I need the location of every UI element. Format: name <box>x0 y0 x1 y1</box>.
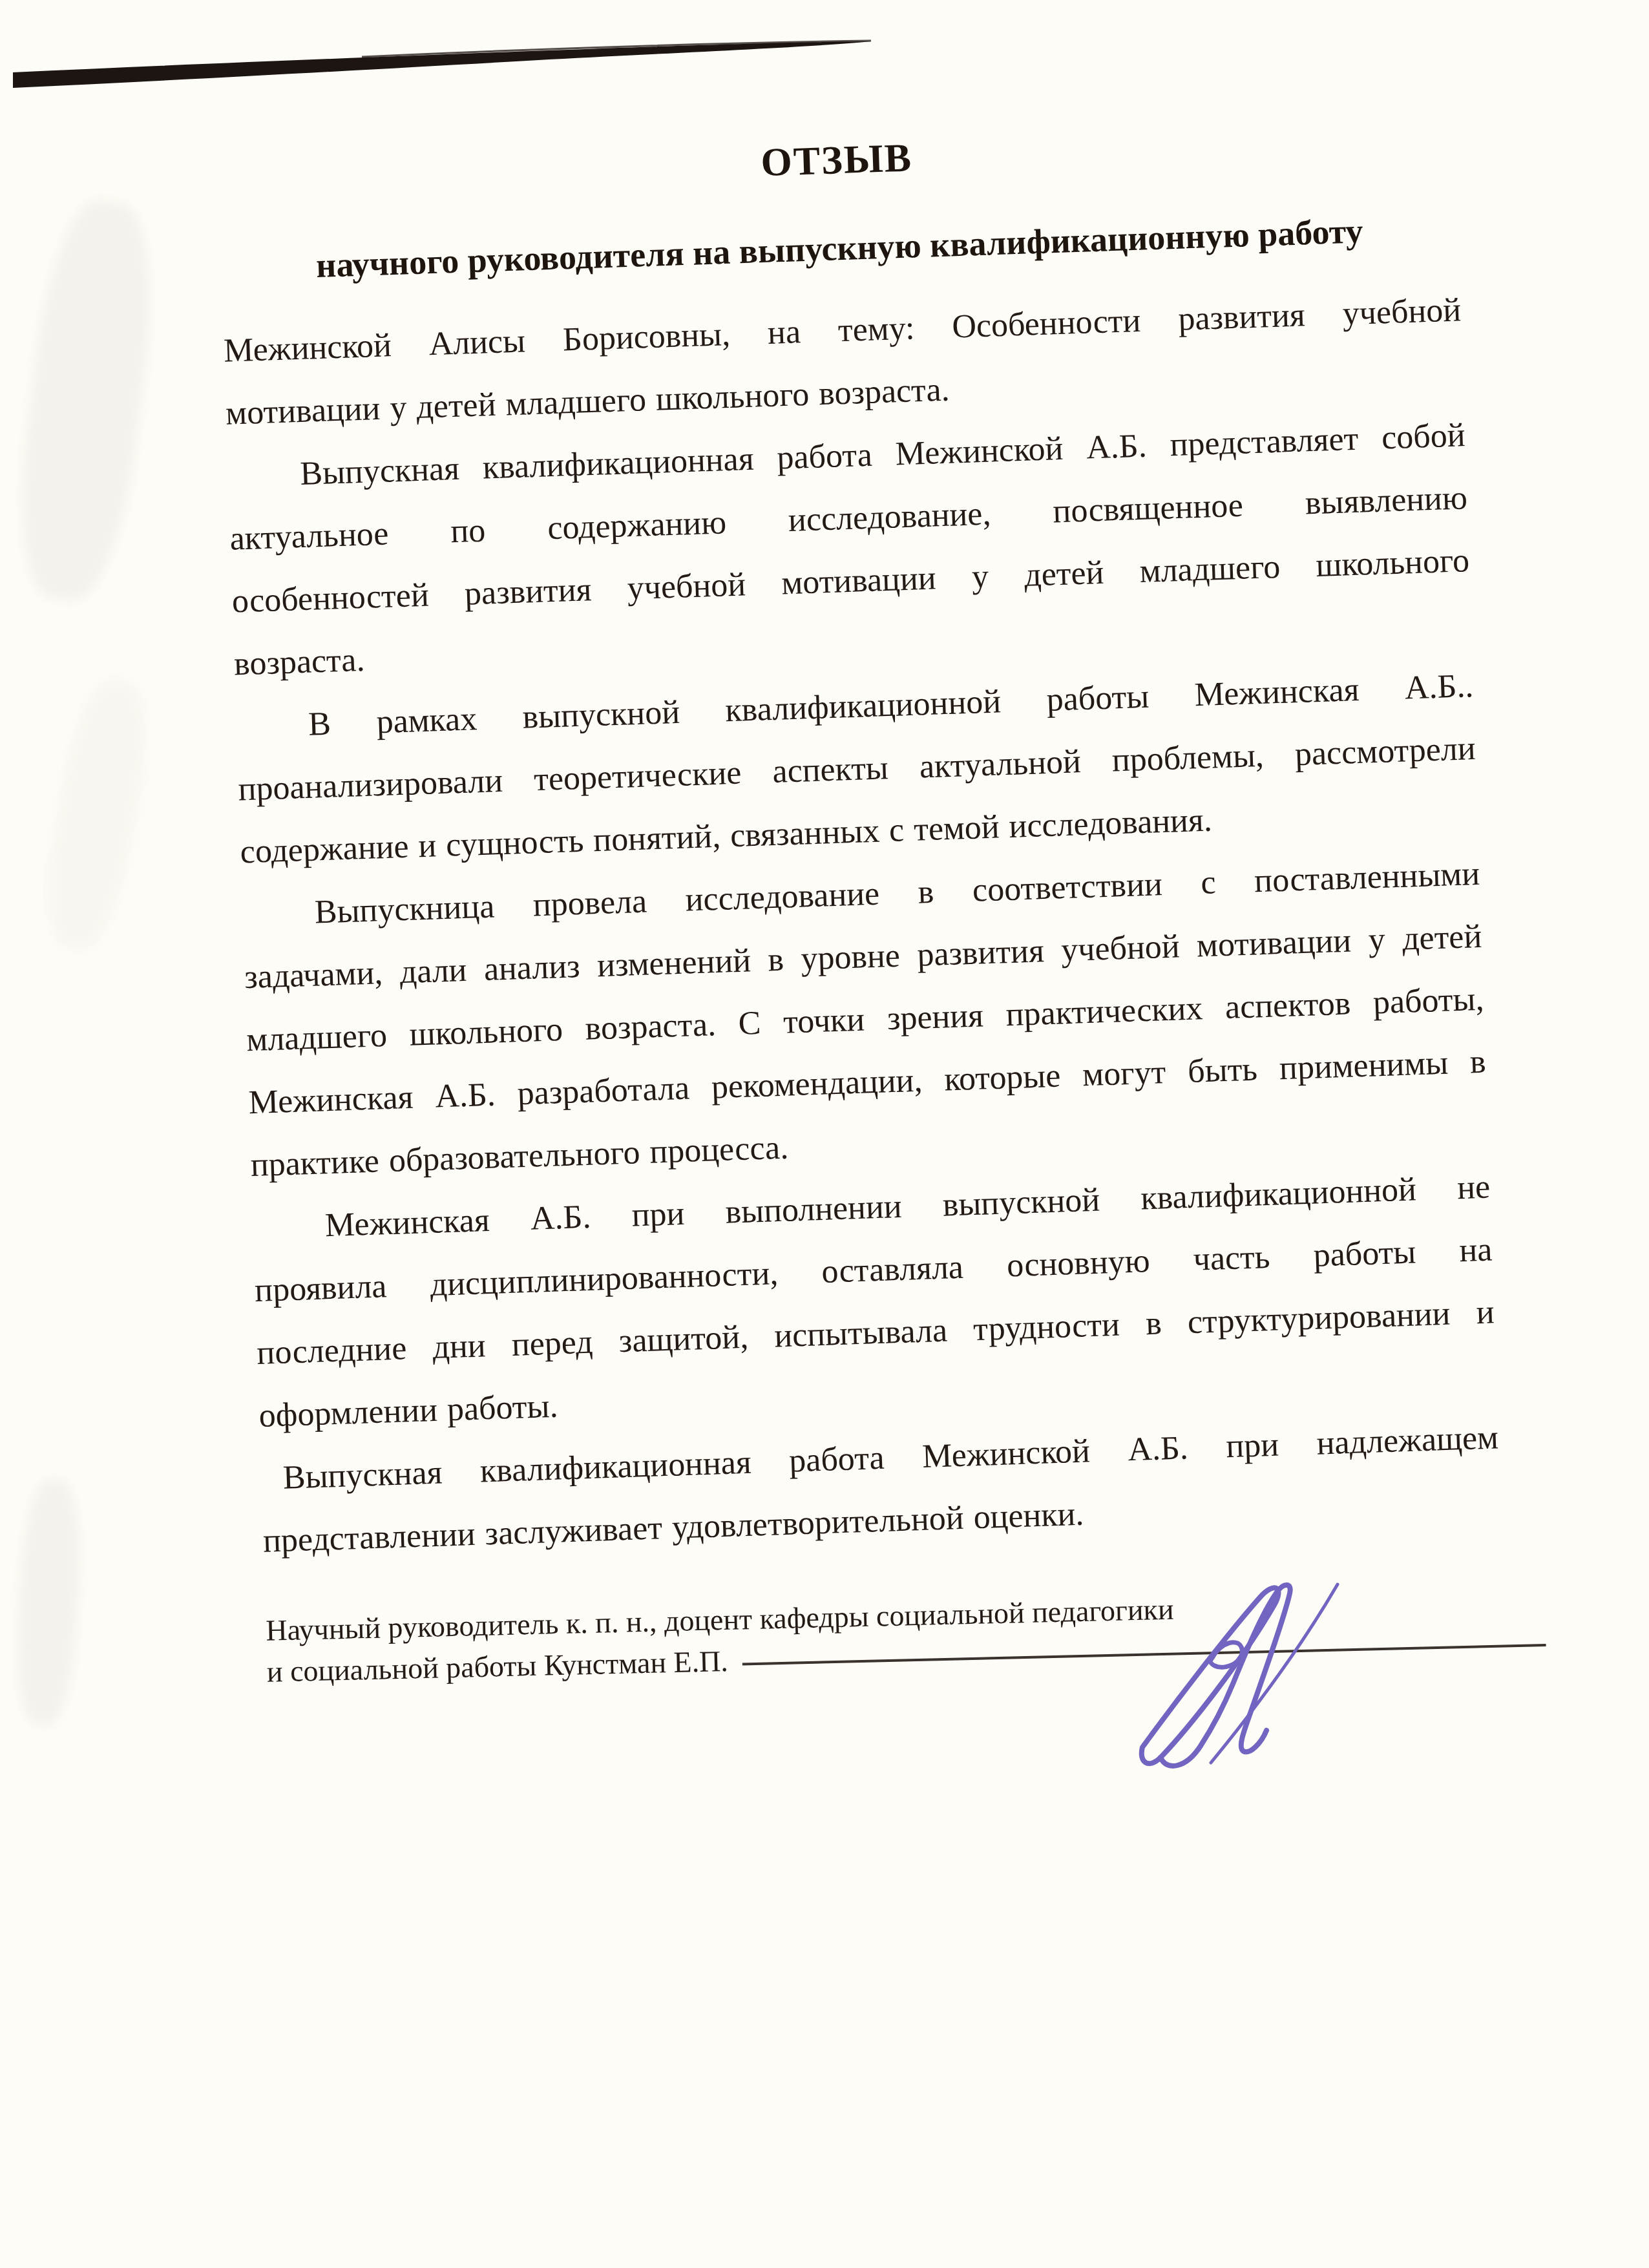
scanned-review-page: ОТЗЫВ научного руководителя на выпускную… <box>0 0 1649 2268</box>
review-subtitle: научного руководителя на выпускную квали… <box>220 206 1459 289</box>
scan-smudge <box>35 674 158 954</box>
paragraph: Межинская А.Б. при выполнении выпускной … <box>251 1156 1497 1447</box>
paragraph: Выпускная квалификационная работа Межинс… <box>227 404 1473 695</box>
review-body: Межинской Алисы Борисовны, на тему: Особ… <box>222 278 1501 1572</box>
scan-smudge <box>13 1478 84 1727</box>
scan-streak-artifact <box>0 0 905 103</box>
signature-rule <box>742 1644 1546 1665</box>
signature-block: Научный руководитель к. п. н., доцент ка… <box>266 1580 1546 1693</box>
scan-smudge <box>7 195 165 606</box>
review-title: ОТЗЫВ <box>217 114 1456 205</box>
review-document-content: ОТЗЫВ научного руководителя на выпускную… <box>217 114 1506 1692</box>
paragraph: Выпускница провела исследование в соотве… <box>241 843 1489 1197</box>
